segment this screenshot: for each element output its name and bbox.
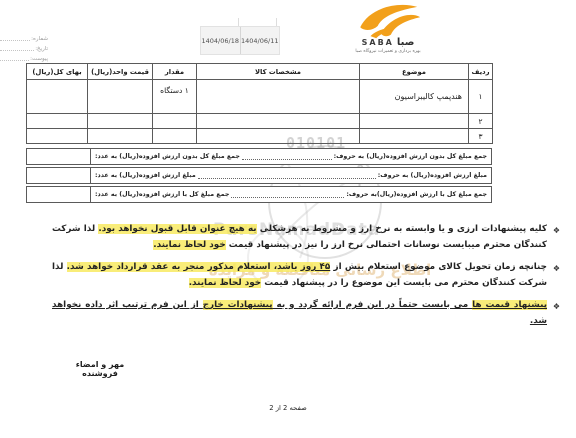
col-subject: موضوع xyxy=(360,64,469,80)
letterhead-field-number: شماره: xyxy=(0,33,48,42)
dates-box: 1404/06/18 1404/06/11 xyxy=(200,26,280,55)
note-form-requirement: ❖ پیشنهاد قیمت ها می بایست حتماً در این … xyxy=(52,298,560,329)
note-text: می بایست حتماً در این فرم ارائه گردد و ب… xyxy=(273,300,473,310)
summary-label-digits: جمع مبلغ کل با ارزش افزوده(ریال) به عدد: xyxy=(95,191,229,198)
diamond-bullet-icon: ❖ xyxy=(553,299,560,315)
note-delivery-terms: ❖ چنانچه زمان تحویل کالای موضوع استعلام … xyxy=(52,260,560,291)
table-header-row: ردیف موضوع مشخصات کالا مقدار قیمت واحد(ر… xyxy=(27,64,493,80)
letterhead-field-attachment: پیوست: xyxy=(0,53,48,62)
notes-section: ❖ کلیه پیشنهادات ارزی و یا وابسته به نرخ… xyxy=(52,222,560,336)
divider xyxy=(276,18,277,26)
page-number: صفحه 2 از 2 xyxy=(256,404,320,412)
summary-label-words: جمع مبلغ کل با ارزش افزوده(ریال)به حروف: xyxy=(346,191,487,198)
quantity-cell: ۱ دستگاه xyxy=(153,80,197,114)
logo-persian: صبا xyxy=(397,37,415,48)
diamond-bullet-icon: ❖ xyxy=(553,223,560,239)
note-currency-terms: ❖ کلیه پیشنهادات ارزی و یا وابسته به نرخ… xyxy=(52,222,560,253)
divider xyxy=(238,18,239,26)
date-value: 1404/06/11 xyxy=(240,27,280,54)
unit-price-cell xyxy=(88,114,153,129)
quantity-cell xyxy=(153,129,197,144)
logo-wordmark: صبا SABA xyxy=(338,37,438,48)
dotted-line xyxy=(231,191,344,199)
subject-cell xyxy=(360,114,469,129)
dotted-line xyxy=(0,49,34,51)
seller-signature-label: مهر و امضاء فروشنده xyxy=(70,360,130,378)
note-text-highlighted: خود لحاظ نمایند. xyxy=(189,278,261,288)
summary-amount-cell xyxy=(27,187,91,202)
specs-cell xyxy=(197,129,360,144)
note-text-highlighted: پیشنهادات خارج xyxy=(203,300,273,310)
total-price-cell xyxy=(27,80,88,114)
note-text-highlighted: به هیچ عنوان قابل قبول نخواهد بود. xyxy=(98,224,256,234)
diamond-bullet-icon: ❖ xyxy=(553,261,560,277)
summary-amount-cell xyxy=(27,168,91,183)
table-row: ۲ xyxy=(27,114,493,129)
note-text-highlighted: خود لحاظ نمایند. xyxy=(153,240,225,250)
summary-label-words: مبلغ ارزش افزوده(ریال) به حروف: xyxy=(378,172,487,179)
saba-swirl-icon xyxy=(351,1,425,39)
note-text-highlighted: پیشنهاد قیمت ها xyxy=(472,300,547,310)
table-row: ۳ xyxy=(27,129,493,144)
total-price-cell xyxy=(27,114,88,129)
note-text-highlighted: ۴۵ روز xyxy=(301,262,331,272)
dotted-line xyxy=(198,172,376,180)
col-total-price: بهای کل(ریال) xyxy=(27,64,88,80)
row-number-cell: ۲ xyxy=(469,114,493,129)
row-number-cell: ۳ xyxy=(469,129,493,144)
summary-label-digits: مبلغ ارزش افزوده(ریال) به عدد: xyxy=(95,172,196,179)
summary-row-total-without-vat: جمع مبلغ کل بدون ارزش افزوده(ریال) به حر… xyxy=(26,148,492,165)
items-table: ردیف موضوع مشخصات کالا مقدار قیمت واحد(ر… xyxy=(26,63,493,144)
company-logo: صبا SABA بهره برداری و تعمیرات نیروگاه ص… xyxy=(338,1,438,54)
total-price-cell xyxy=(27,129,88,144)
unit-price-cell xyxy=(88,80,153,114)
attachment-label: پیوست: xyxy=(30,56,48,62)
summary-labels: مبلغ ارزش افزوده(ریال) به حروف: مبلغ ارز… xyxy=(91,168,491,183)
note-text-highlighted: باشد، استعلام مذکور منجر به عقد قرارداد … xyxy=(67,262,301,272)
col-row-number: ردیف xyxy=(469,64,493,80)
logo-tagline: بهره برداری و تعمیرات نیروگاه صبا xyxy=(338,49,438,54)
note-text: چنانچه زمان تحویل کالای موضوع استعلام بی… xyxy=(330,262,547,272)
logo-latin: SABA xyxy=(362,38,394,47)
unit-price-cell xyxy=(88,129,153,144)
specs-cell xyxy=(197,80,360,114)
summary-labels: جمع مبلغ کل با ارزش افزوده(ریال)به حروف:… xyxy=(91,187,491,202)
note-text: کلیه پیشنهادات ارزی و یا وابسته به نرخ ا… xyxy=(257,224,547,234)
table-row: ۱ هندپمپ کالیبراسیون ۱ دستگاه xyxy=(27,80,493,114)
document-page: 010101 1001 0 1 ParsNamadData اطلاع رسان… xyxy=(0,0,576,438)
number-label: شماره: xyxy=(31,36,48,42)
letterhead-field-date: تاریخ: xyxy=(0,43,48,52)
summary-label-digits: جمع مبلغ کل بدون ارزش افزوده(ریال) به عد… xyxy=(95,153,240,160)
quantity-cell xyxy=(153,114,197,129)
summary-row-total-with-vat: جمع مبلغ کل با ارزش افزوده(ریال)به حروف:… xyxy=(26,186,492,203)
col-specs: مشخصات کالا xyxy=(197,64,360,80)
col-quantity: مقدار xyxy=(153,64,197,80)
subject-cell: هندپمپ کالیبراسیون xyxy=(360,80,469,114)
summary-labels: جمع مبلغ کل بدون ارزش افزوده(ریال) به حر… xyxy=(91,149,491,164)
row-number-cell: ۱ xyxy=(469,80,493,114)
subject-cell xyxy=(360,129,469,144)
summary-amount-cell xyxy=(27,149,91,164)
dotted-line xyxy=(0,39,30,41)
col-unit-price: قیمت واحد(ریال) xyxy=(88,64,153,80)
letterhead-fields: شماره: تاریخ: پیوست: xyxy=(0,33,48,63)
specs-cell xyxy=(197,114,360,129)
summary-label-words: جمع مبلغ کل بدون ارزش افزوده(ریال) به حر… xyxy=(334,153,487,160)
dotted-line xyxy=(242,153,332,161)
date-value: 1404/06/18 xyxy=(201,27,240,54)
dotted-line xyxy=(0,59,29,61)
date-label: تاریخ: xyxy=(35,46,48,52)
summary-row-vat: مبلغ ارزش افزوده(ریال) به حروف: مبلغ ارز… xyxy=(26,167,492,184)
